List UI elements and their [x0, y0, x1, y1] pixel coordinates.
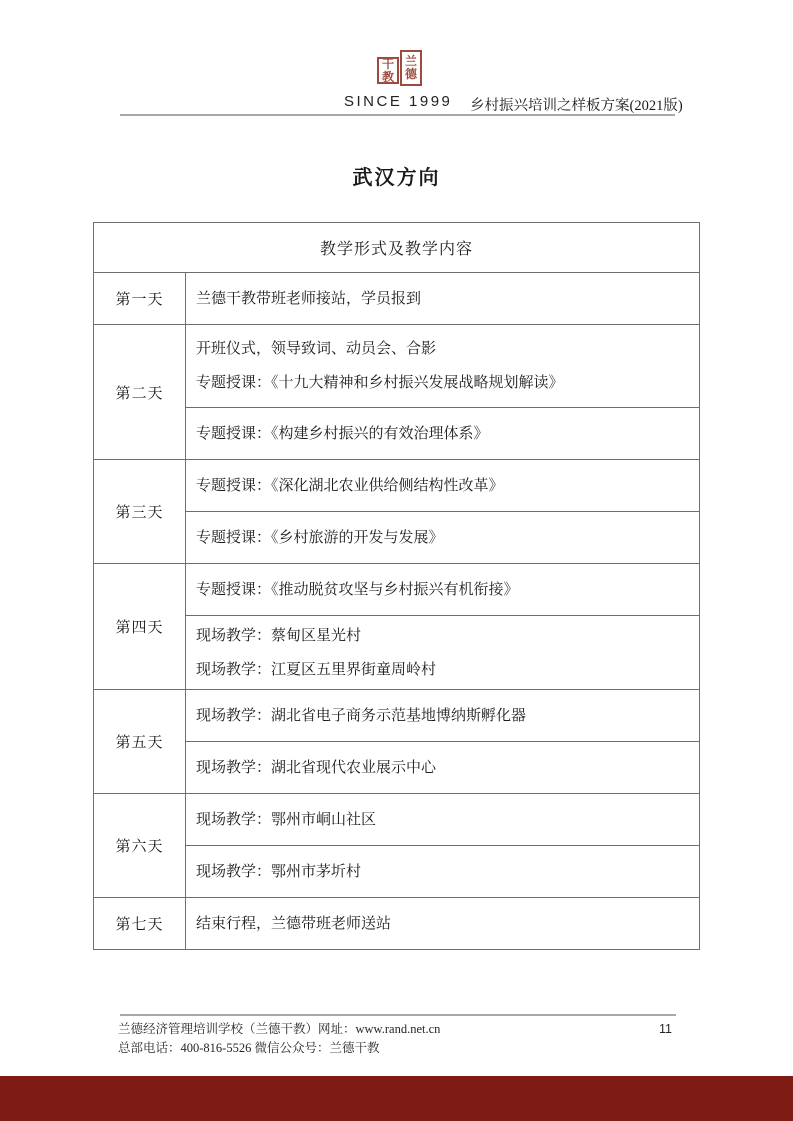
content-line: 结束行程，兰德带班老师送站 [196, 907, 691, 941]
content-line: 现场教学：鄂州市茅圻村 [196, 855, 691, 889]
content-line: 兰德干教带班老师接站，学员报到 [196, 282, 691, 316]
day-label: 第五天 [94, 690, 186, 794]
brand-seal-logo: 干 教 兰 德 [377, 50, 422, 86]
content-line: 专题授课：《十九大精神和乡村振兴发展战略规划解读》 [196, 366, 691, 400]
content-line: 现场教学：鄂州市峒山社区 [196, 803, 691, 837]
page-number: 11 [659, 1022, 672, 1036]
content-line: 专题授课：《深化湖北农业供给侧结构性改革》 [196, 469, 691, 503]
content-cell: 专题授课：《推动脱贫攻坚与乡村振兴有机衔接》 [186, 564, 700, 616]
day-label: 第七天 [94, 898, 186, 950]
bottom-accent-bar [0, 1076, 793, 1121]
header-doc-title: 乡村振兴培训之样板方案(2021版) [470, 94, 683, 115]
table-row: 第四天 专题授课：《推动脱贫攻坚与乡村振兴有机衔接》 [94, 564, 700, 616]
table-row: 第五天 现场教学：湖北省电子商务示范基地博纳斯孵化器 [94, 690, 700, 742]
content-line: 现场教学：湖北省现代农业展示中心 [196, 751, 691, 785]
header-rule [120, 114, 675, 116]
content-cell: 现场教学：蔡甸区星光村 现场教学：江夏区五里界街童周岭村 [186, 616, 700, 690]
table-row: 第六天 现场教学：鄂州市峒山社区 [94, 794, 700, 846]
table-header: 教学形式及教学内容 [94, 223, 700, 273]
seal-right-block: 兰 德 [400, 50, 422, 86]
footer-contact-line: 总部电话：400-816-5526 微信公众号：兰德干教 [118, 1039, 440, 1058]
since-text: SINCE 1999 [344, 93, 452, 110]
content-cell: 开班仪式，领导致词、动员会、合影 专题授课：《十九大精神和乡村振兴发展战略规划解… [186, 325, 700, 408]
content-cell: 专题授课：《构建乡村振兴的有效治理体系》 [186, 408, 700, 460]
document-page: 干 教 兰 德 SINCE 1999 乡村振兴培训之样板方案(2021版) 武汉… [0, 0, 793, 1121]
content-cell: 兰德干教带班老师接站，学员报到 [186, 273, 700, 325]
content-cell: 现场教学：鄂州市峒山社区 [186, 794, 700, 846]
table-row: 第三天 专题授课：《深化湖北农业供给侧结构性改革》 [94, 460, 700, 512]
table-row: 第一天 兰德干教带班老师接站，学员报到 [94, 273, 700, 325]
content-cell: 现场教学：鄂州市茅圻村 [186, 846, 700, 898]
content-cell: 现场教学：湖北省电子商务示范基地博纳斯孵化器 [186, 690, 700, 742]
content-line: 现场教学：江夏区五里界街童周岭村 [196, 653, 691, 687]
table-header-row: 教学形式及教学内容 [94, 223, 700, 273]
table-row: 第七天 结束行程，兰德带班老师送站 [94, 898, 700, 950]
content-line: 开班仪式，领导致词、动员会、合影 [196, 332, 691, 366]
day-label: 第六天 [94, 794, 186, 898]
content-line: 专题授课：《乡村旅游的开发与发展》 [196, 521, 691, 555]
seal-char: 德 [405, 68, 417, 81]
table-row: 第二天 开班仪式，领导致词、动员会、合影 专题授课：《十九大精神和乡村振兴发展战… [94, 325, 700, 408]
seal-char: 干 [382, 58, 394, 71]
content-line: 专题授课：《推动脱贫攻坚与乡村振兴有机衔接》 [196, 573, 691, 607]
footer-school-line: 兰德经济管理培训学校（兰德干教）网址：www.rand.net.cn [118, 1020, 440, 1039]
seal-left-block: 干 教 [377, 57, 399, 84]
page-title: 武汉方向 [0, 161, 793, 190]
day-label: 第四天 [94, 564, 186, 690]
content-cell: 结束行程，兰德带班老师送站 [186, 898, 700, 950]
seal-char: 教 [382, 71, 394, 84]
footer-rule [120, 1014, 676, 1016]
day-label: 第一天 [94, 273, 186, 325]
footer-info: 兰德经济管理培训学校（兰德干教）网址：www.rand.net.cn 总部电话：… [118, 1020, 440, 1058]
content-cell: 专题授课：《深化湖北农业供给侧结构性改革》 [186, 460, 700, 512]
day-label: 第二天 [94, 325, 186, 460]
day-label: 第三天 [94, 460, 186, 564]
content-cell: 专题授课：《乡村旅游的开发与发展》 [186, 512, 700, 564]
content-line: 专题授课：《构建乡村振兴的有效治理体系》 [196, 417, 691, 451]
content-line: 现场教学：湖北省电子商务示范基地博纳斯孵化器 [196, 699, 691, 733]
content-line: 现场教学：蔡甸区星光村 [196, 619, 691, 653]
content-cell: 现场教学：湖北省现代农业展示中心 [186, 742, 700, 794]
schedule-table: 教学形式及教学内容 第一天 兰德干教带班老师接站，学员报到 第二天 开班仪式，领… [93, 222, 700, 950]
